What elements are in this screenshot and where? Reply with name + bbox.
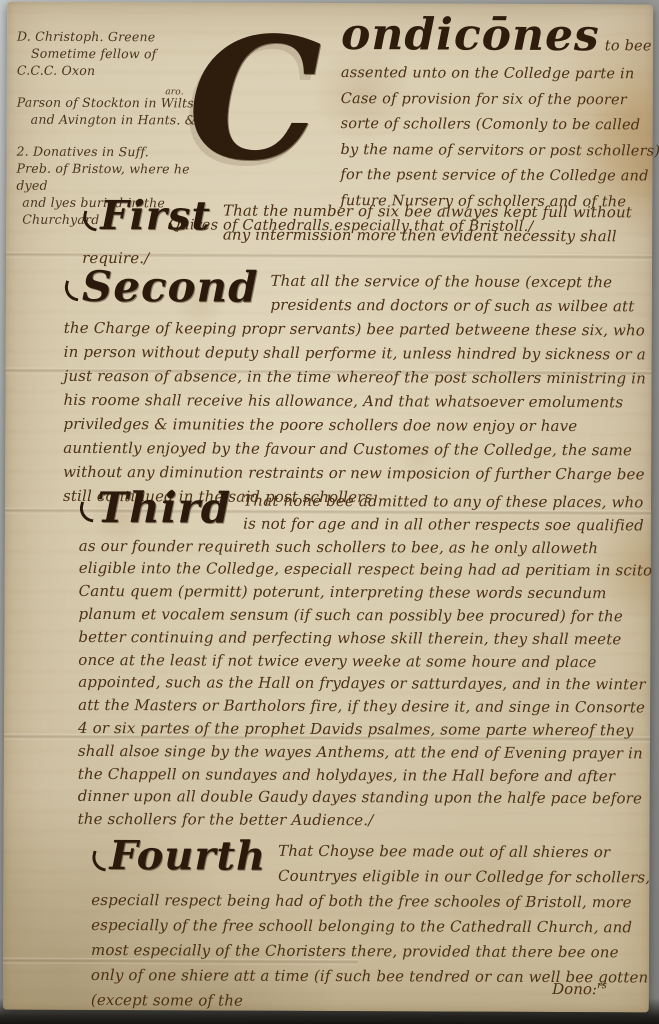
paraph-flourish-icon bbox=[81, 210, 100, 231]
paraph-flourish-icon bbox=[90, 851, 109, 872]
section-first: First That the number of six bee alwayes… bbox=[82, 198, 656, 273]
section-heading: Second bbox=[82, 262, 259, 312]
catchword: Dono:rs bbox=[552, 980, 607, 998]
section-third: Third That none bee admitted to any of t… bbox=[78, 489, 655, 833]
section-heading: Fourth bbox=[109, 832, 266, 880]
decorated-initial: C bbox=[168, 8, 341, 205]
section-heading: First bbox=[100, 192, 211, 239]
catchword-text: Dono: bbox=[552, 980, 597, 998]
catchword-superscript: rs bbox=[597, 980, 607, 991]
paraph-flourish-icon bbox=[62, 280, 81, 301]
paraph-flourish-icon bbox=[77, 501, 96, 522]
section-body: That none bee admitted to any of these p… bbox=[78, 492, 653, 830]
manuscript-page: D. Christoph. Greene Sometime fellow of … bbox=[3, 2, 653, 1013]
page-title: ondicōnes bbox=[341, 9, 600, 61]
section-heading: Third bbox=[97, 483, 231, 533]
section-second: Second That all the service of the house… bbox=[63, 268, 656, 511]
